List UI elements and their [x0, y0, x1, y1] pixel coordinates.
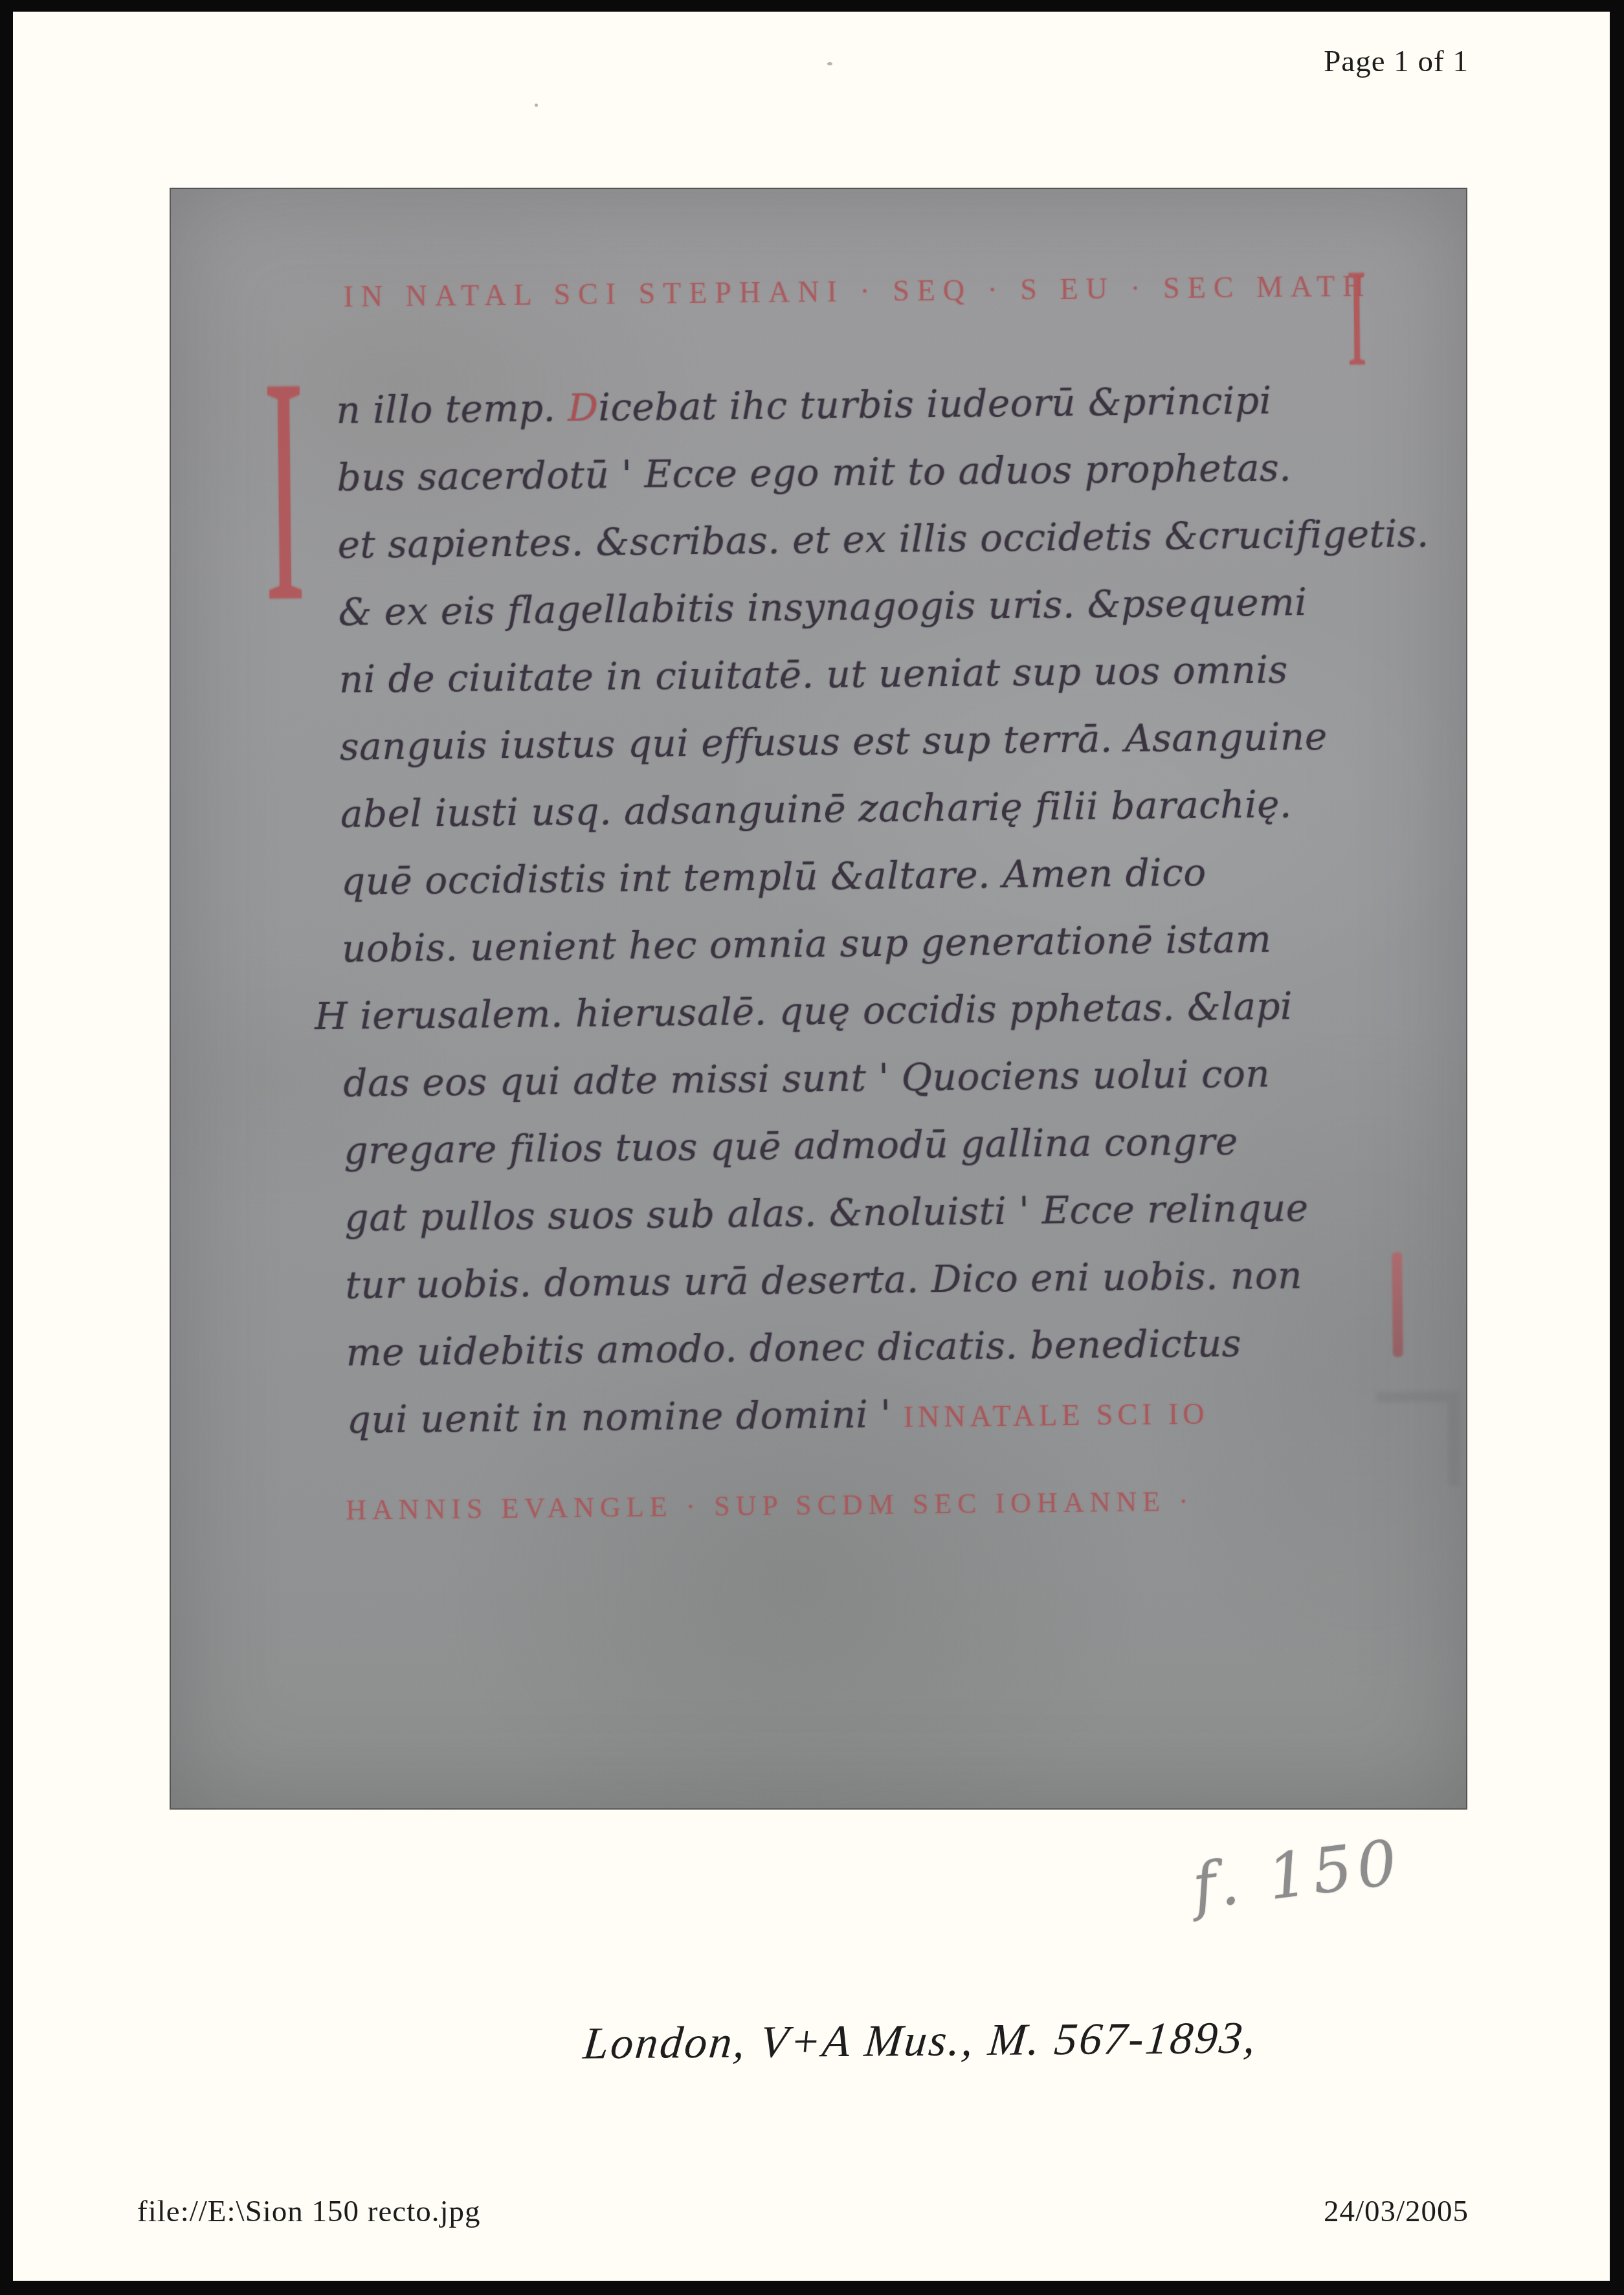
red-margin-stroke — [1392, 1252, 1403, 1357]
rubric-initial-i-right: I — [1346, 258, 1367, 377]
folio-number-annotation: f. 150 — [1188, 1826, 1406, 1924]
manuscript-line: & ex eis flagellabitis insynagogis uris.… — [338, 580, 1307, 634]
scanned-page: { "header": { "page_indicator": "Page 1 … — [0, 0, 1624, 2295]
manuscript-photo: IN NATAL SCI STEPHANI · SEQ · S EU · SEC… — [170, 188, 1467, 1810]
manuscript-line: abel iusti usq. adsanguinē zacharię fili… — [340, 782, 1293, 836]
show-through-ghost — [1376, 1391, 1460, 1487]
manuscript-line: bus sacerdotū ' Ecce ego mit to aduos pr… — [337, 445, 1291, 499]
line-text: qui uenit in nomine domini ' — [346, 1392, 904, 1442]
manuscript-line: sanguis iustus qui effusus est sup terrā… — [340, 715, 1328, 769]
manuscript-line: uobis. uenient hec omnia sup generationē… — [342, 917, 1272, 971]
rubric-bottom: HANNIS EVANGLE · SUP SCDM SEC IOHANNE · — [346, 1485, 1194, 1527]
scan-speck — [535, 104, 538, 107]
footer-date: 24/03/2005 — [1324, 2194, 1469, 2229]
manuscript-line: me uidebitis amodo. donec dicatis. bened… — [346, 1321, 1241, 1374]
manuscript-line: das eos qui adte missi sunt ' Quociens u… — [343, 1052, 1271, 1105]
printed-sheet: Page 1 of 1 IN NATAL SCI STEPHANI · SEQ … — [13, 12, 1610, 2281]
manuscript-line: et sapientes. &scribas. et ex illis occi… — [337, 511, 1429, 567]
page-indicator: Page 1 of 1 — [1324, 44, 1469, 79]
manuscript-line: ni de ciuitate in ciuitatē. ut ueniat su… — [339, 647, 1288, 701]
manuscript-line: gat pullos suos sub alas. &noluisti ' Ec… — [344, 1186, 1309, 1240]
manuscript-line: gregare filios tuos quē admodū gallina c… — [344, 1119, 1238, 1172]
manuscript-line: n illo temp. Dicebat ihc turbis iudeorū … — [336, 379, 1272, 432]
footer-file-url: file://E:\Sion 150 recto.jpg — [137, 2194, 481, 2229]
manuscript-line: qui uenit in nomine domini ' INNATALE SC… — [346, 1389, 1208, 1442]
rubric-initial-i-left: I — [263, 360, 306, 619]
rubric-top: IN NATAL SCI STEPHANI · SEQ · S EU · SEC… — [343, 269, 1372, 314]
rubric-initial-d: D — [568, 386, 599, 430]
manuscript-page: IN NATAL SCI STEPHANI · SEQ · S EU · SEC… — [162, 183, 1474, 1815]
scan-speck — [827, 62, 832, 65]
shelfmark-annotation: London, V+A Mus., M. 567-1893, — [581, 2012, 1260, 2070]
line-text: n illo temp. — [336, 386, 568, 432]
manuscript-line: quē occidistis int templū &altare. Amen … — [341, 850, 1207, 904]
manuscript-line: H ierusalem. hierusalē. quę occidis pphe… — [315, 984, 1293, 1038]
rubric-inline: INNATALE SCI IO — [903, 1397, 1208, 1434]
line-text: icebat ihc turbis iudeorū &principi — [598, 379, 1272, 430]
manuscript-line: tur uobis. domus urā deserta. Dico eni u… — [345, 1253, 1302, 1307]
